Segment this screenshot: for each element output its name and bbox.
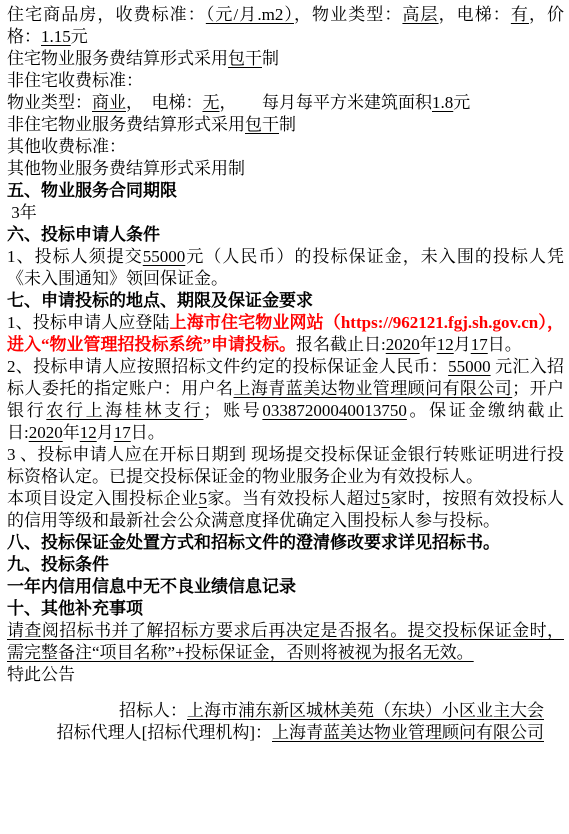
- para-contract-term: 3年: [7, 202, 564, 224]
- nonres-settlement-suffix: 制: [279, 115, 296, 134]
- para-residential-fee-standard: 住宅商品房，收费标准：（元/月.m2），物业类型：高层，电梯：有，价格：1.15…: [7, 4, 564, 48]
- day-char-2: 日。: [131, 423, 165, 442]
- price-value: 1.15: [41, 27, 71, 46]
- para-closing-announcement: 特此公告: [7, 664, 564, 686]
- apply-prefix: 1、投标申请人应登陆: [7, 313, 170, 332]
- tender-agent-line: 招标代理人[招标代理机构]：上海青蓝美达物业管理顾问有限公司: [7, 722, 544, 744]
- para-bid-deposit-requirement: 1、投标人须提交55000元（人民币）的投标保证金，未入围的投标人凭《未入围通知…: [7, 246, 564, 290]
- residential-fee-prefix: 住宅商品房，收费标准：: [7, 5, 206, 24]
- supplement-note-text: 请查阅招标书并了解招标方要求后再决定是否报名。提交投标保证金时， 需完整备注“项…: [7, 621, 564, 662]
- account-number: 03387200040013750: [262, 401, 407, 420]
- property-type-value: 高层: [402, 5, 438, 24]
- section-5-title: 五、物业服务合同期限: [7, 181, 177, 200]
- para-residential-settlement: 住宅物业服务费结算形式采用包干制: [7, 48, 564, 70]
- deposit-amount-value: 55000: [143, 247, 186, 266]
- nonres-settlement-value: 包干: [245, 115, 279, 134]
- para-nonresidential-fee: 物业类型：商业， 电梯：无， 每月每平方米建筑面积1.8元: [7, 92, 564, 114]
- para-deposit-account: 2、投标申请人应按照招标文件约定的投标保证金人民币：55000 元汇入招标人委托…: [7, 356, 564, 444]
- year-char: 年: [420, 335, 437, 354]
- heading-section-5: 五、物业服务合同期限: [7, 180, 564, 202]
- nonres-property-type-label: 物业类型：: [7, 93, 92, 112]
- tender-agent-value: 上海青蓝美达物业管理顾问有限公司: [272, 723, 544, 742]
- heading-section-8: 八、投标保证金处置方式和招标文件的澄清修改要求详见招标书。: [7, 532, 564, 554]
- residential-settlement-prefix: 住宅物业服务费结算形式采用: [7, 49, 228, 68]
- closing-announcement-text: 特此公告: [7, 665, 75, 684]
- signup-deadline-label: 报名截止日:: [296, 335, 386, 354]
- bank-name: 农行上海桂林支行: [46, 401, 203, 420]
- section-8-title: 八、投标保证金处置方式和招标文件的澄清修改要求详见招标书。: [7, 533, 500, 552]
- section-9-title: 九、投标条件: [7, 555, 109, 574]
- section-6-title: 六、投标申请人条件: [7, 225, 160, 244]
- para-onsite-verification: 3 、投标申请人应在开标日期到 现场提交投标保证金银行转账证明进行投标资格认定。…: [7, 444, 564, 488]
- day-char: 日。: [488, 335, 522, 354]
- signup-deadline-year: 2020: [386, 335, 420, 354]
- other-fee-label: 其他收费标准：: [7, 137, 126, 156]
- nonresidential-fee-label: 非住宅收费标准：: [7, 71, 143, 90]
- residential-settlement-suffix: 制: [262, 49, 279, 68]
- tenderer-line: 招标人：上海市浦东新区城林美苑（东块）小区业主大会: [7, 700, 544, 722]
- payment-deadline-year: 2020: [29, 423, 63, 442]
- onsite-verification-text: 3 、投标申请人应在开标日期到 现场提交投标保证金银行转账证明进行投标资格认定。…: [7, 445, 564, 486]
- other-settlement-text: 其他物业服务费结算形式采用制: [7, 159, 245, 178]
- contract-term-value: 3年: [7, 203, 37, 222]
- shortlist-threshold-value: 5: [381, 489, 390, 508]
- credit-record-text: 一年内信用信息中无不良业绩信息记录: [7, 577, 296, 596]
- signup-deadline-day: 17: [471, 335, 488, 354]
- para-credit-record: 一年内信用信息中无不良业绩信息记录: [7, 576, 564, 598]
- nonres-area-fee-value: 1.8: [432, 93, 453, 112]
- nonres-property-type-value: 商业: [92, 93, 126, 112]
- price-unit: 元: [71, 27, 88, 46]
- nonres-settlement-prefix: 非住宅物业服务费结算形式采用: [7, 115, 245, 134]
- account-deposit-amount: 55000: [448, 357, 491, 376]
- announcement-document: 住宅商品房，收费标准：（元/月.m2），物业类型：高层，电梯：有，价格：1.15…: [0, 0, 569, 834]
- signup-deadline-month: 12: [437, 335, 454, 354]
- account-mid-3: ；账号: [203, 401, 262, 420]
- para-other-settlement: 其他物业服务费结算形式采用制: [7, 158, 564, 180]
- shortlist-prefix: 本项目设定入围投标企业: [7, 489, 198, 508]
- tenderer-value: 上海市浦东新区城林美苑（东块）小区业主大会: [187, 701, 544, 720]
- section-10-title: 十、其他补充事项: [7, 599, 143, 618]
- nonres-area-fee-label: ， 每月每平方米建筑面积: [220, 93, 433, 112]
- shortlist-mid: 家。当有效投标人超过: [207, 489, 381, 508]
- property-type-label: ，物业类型：: [294, 5, 402, 24]
- heading-section-10: 十、其他补充事项: [7, 598, 564, 620]
- month-char-2: 月: [97, 423, 114, 442]
- para-nonresidential-settlement: 非住宅物业服务费结算形式采用包干制: [7, 114, 564, 136]
- fee-unit-value: （元/月.m2）: [206, 5, 294, 24]
- section-7-title: 七、申请投标的地点、期限及保证金要求: [7, 291, 313, 310]
- para-other-fee-label: 其他收费标准：: [7, 136, 564, 158]
- para-shortlist-rule: 本项目设定入围投标企业5家。当有效投标人超过5家时，按照有效投标人的信用等级和最…: [7, 488, 564, 532]
- heading-section-9: 九、投标条件: [7, 554, 564, 576]
- para-nonresidential-fee-label: 非住宅收费标准：: [7, 70, 564, 92]
- payment-deadline-day: 17: [114, 423, 131, 442]
- year-char-2: 年: [63, 423, 80, 442]
- nonres-area-fee-unit: 元: [453, 93, 470, 112]
- heading-section-7: 七、申请投标的地点、期限及保证金要求: [7, 290, 564, 312]
- nonres-elevator-value: 无: [203, 93, 220, 112]
- payment-deadline-month: 12: [80, 423, 97, 442]
- tenderer-label: 招标人：: [119, 701, 187, 720]
- shortlist-count-value: 5: [198, 489, 207, 508]
- deposit-req-prefix: 1、投标人须提交: [7, 247, 143, 266]
- account-holder-name: 上海青蓝美达物业管理顾问有限公司: [233, 379, 512, 398]
- tender-agent-label: 招标代理人[招标代理机构]：: [57, 723, 272, 742]
- para-supplement-note: 请查阅招标书并了解招标方要求后再决定是否报名。提交投标保证金时， 需完整备注“项…: [7, 620, 564, 664]
- signature-block: 招标人：上海市浦东新区城林美苑（东块）小区业主大会 招标代理人[招标代理机构]：…: [7, 700, 564, 744]
- elevator-value: 有: [511, 5, 529, 24]
- heading-section-6: 六、投标申请人条件: [7, 224, 564, 246]
- account-prefix: 2、投标申请人应按照招标文件约定的投标保证金人民币：: [7, 357, 448, 376]
- residential-settlement-value: 包干: [228, 49, 262, 68]
- para-apply-website: 1、投标申请人应登陆上海市住宅物业网站（https://962121.fgj.s…: [7, 312, 564, 356]
- elevator-label: ，电梯：: [439, 5, 511, 24]
- nonres-elevator-label: ， 电梯：: [126, 93, 203, 112]
- month-char: 月: [454, 335, 471, 354]
